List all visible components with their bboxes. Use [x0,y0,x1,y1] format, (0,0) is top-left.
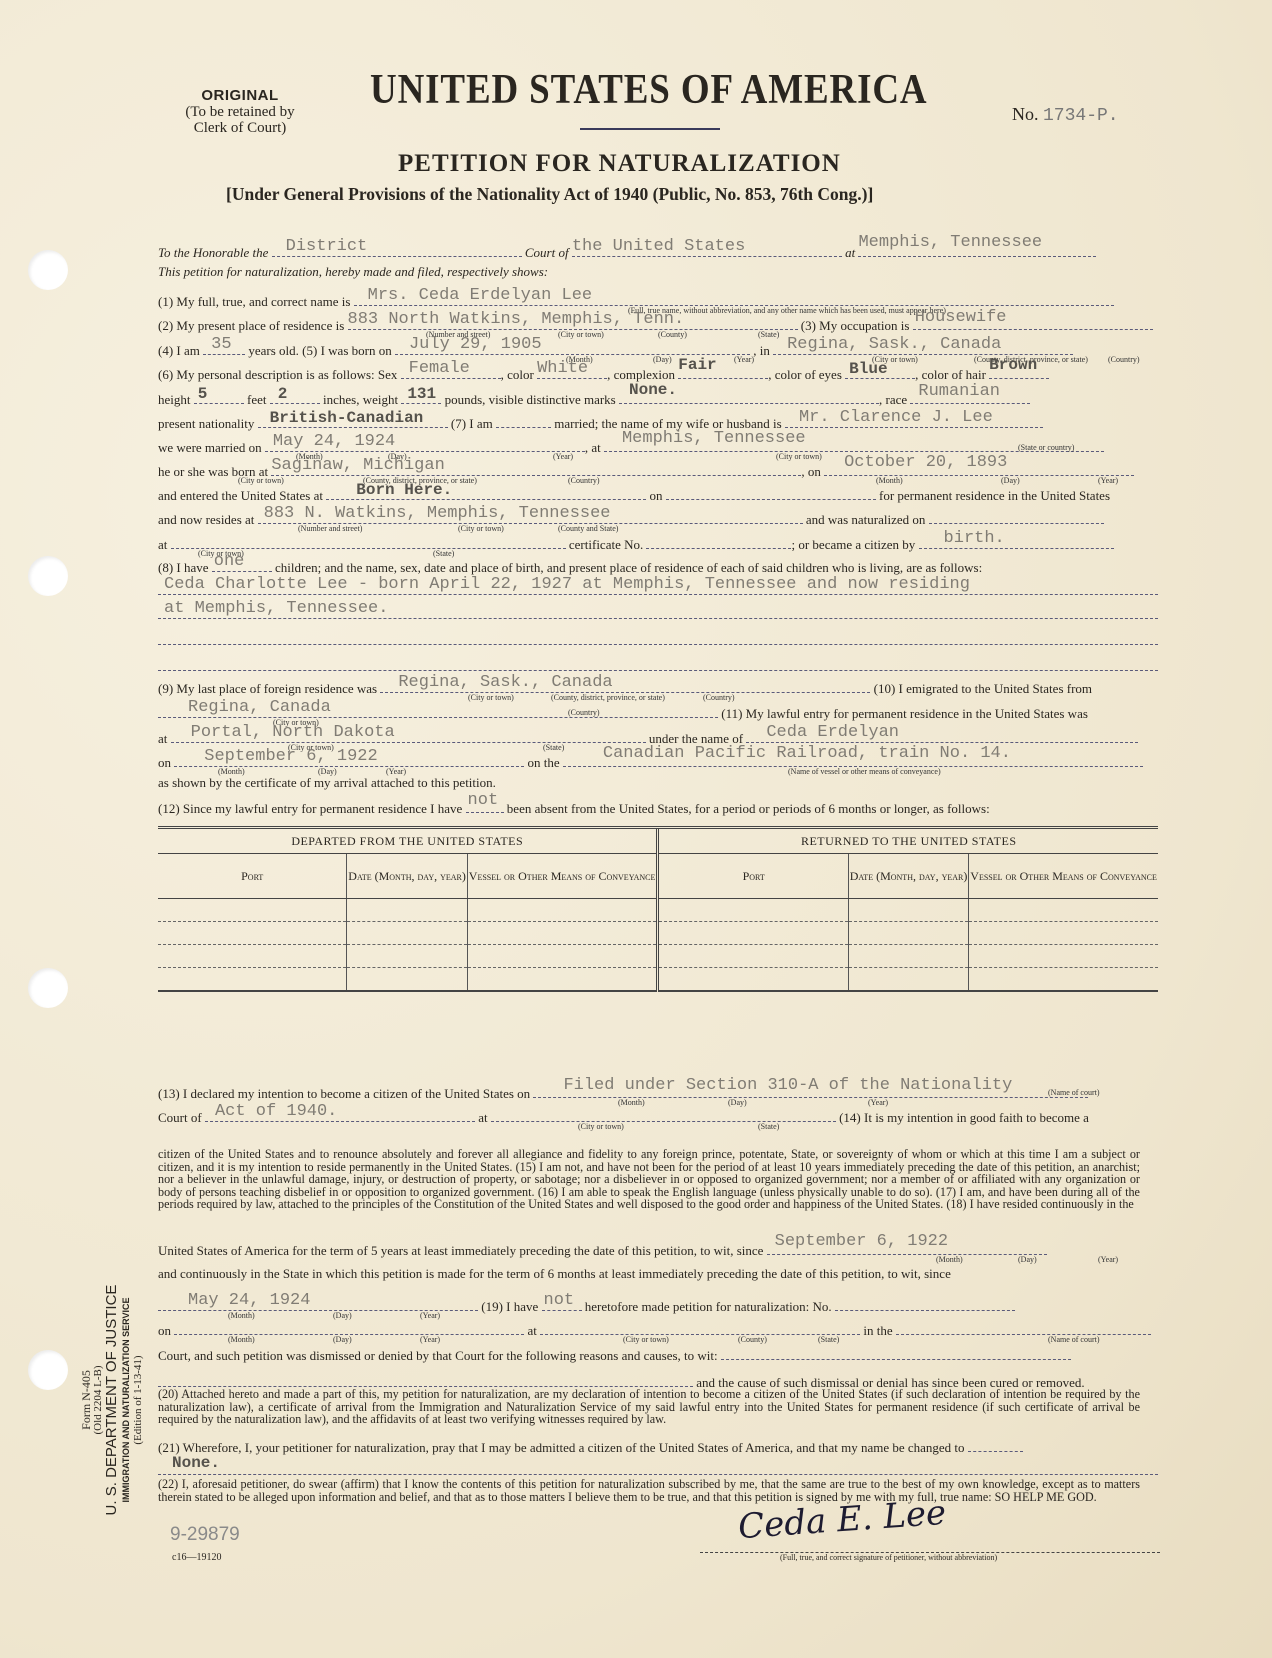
q9-line: (9) My last place of foreign residence w… [158,678,1158,697]
value: None. [172,1454,220,1472]
label: , color of eyes [768,367,842,382]
label: and now resides at [158,512,254,527]
entry-port-field[interactable]: Portal, North Dakota [171,728,646,743]
spouse-entry-line: and entered the United States at Born He… [158,485,1158,504]
column-header: Date (Month, day, year) [347,854,467,899]
marks-field[interactable]: None. [619,389,879,404]
court-name-field[interactable]: the United States [572,242,842,257]
table-cell[interactable] [158,922,347,945]
table-cell[interactable] [158,899,347,922]
caption: (Day) [1001,476,1020,485]
form-subtitle: [Under General Provisions of the Nationa… [226,184,873,205]
q12-line: (12) Since my lawful entry for permanent… [158,798,1158,817]
declaration-date-field[interactable]: Filed under Section 310-A of the Nationa… [533,1083,1088,1098]
column-header: Port [158,854,347,899]
q8-line: (8) I have one children; and the name, s… [158,557,1158,576]
caption: (State) [758,330,779,339]
label: on the [528,755,560,770]
caption: (County) [738,1335,767,1344]
table-cell[interactable] [658,945,848,968]
caption: (Country) [568,476,600,485]
caption: (State) [758,1122,779,1131]
departed-header: DEPARTED FROM THE UNITED STATES [158,828,658,854]
form-title: PETITION FOR NATURALIZATION [398,150,841,178]
label: pounds, visible distinctive marks [445,392,616,407]
value: May 24, 1924 [188,1291,310,1310]
doc-no-label: No. [1012,104,1039,124]
original-label: ORIGINAL [201,87,278,104]
label: (6) My personal description is as follow… [158,367,397,382]
punch-hole [28,1350,68,1390]
caption: (Day) [333,1311,352,1320]
weight-field[interactable]: 131 [401,389,441,404]
stamp-number: 9-29879 [170,1524,240,1546]
table-cell[interactable] [848,922,968,945]
value: District [286,237,368,256]
caption: (Name of court) [1048,1335,1100,1344]
value: Blue [849,360,887,378]
table-cell[interactable] [467,922,658,945]
table-cell[interactable] [658,968,848,992]
caption: (Day) [333,1335,352,1344]
caption: (Month) [618,1098,645,1107]
court-of-line: Court of Act of 1940. at (14) It is my i… [158,1107,1158,1126]
label: , in [753,343,770,358]
value: July 29, 1905 [409,335,542,354]
spouse-birth-date-field[interactable]: October 20, 1893 [824,461,1134,476]
document-number: No. 1734-P. [1012,104,1119,126]
caption: (State) [543,743,564,752]
column-header: Date (Month, day, year) [848,854,968,899]
value: Female [409,359,470,378]
caption: (City or town) [238,476,284,485]
value: at Memphis, Tennessee. [164,599,388,618]
label: (10) I emigrated to the United States fr… [874,681,1092,696]
race-field[interactable]: Rumanian [910,389,1030,404]
marriage-line: we were married on May 24, 1924, at Memp… [158,437,1158,456]
label: years old. [248,343,299,358]
prior-petition-place-field[interactable] [540,1320,860,1335]
q10-q11-line: Regina, Canada (11) My lawful entry for … [158,703,1158,722]
caption: (Year) [1098,1255,1118,1264]
children-line-3[interactable] [158,630,1158,645]
spouse-name-field[interactable]: Mr. Clarence J. Lee [785,413,1043,428]
children-count-field[interactable]: one [212,557,272,572]
value: Filed under Section 310-A of the Nationa… [563,1076,1012,1095]
certificate-line: at certificate No. ; or became a citizen… [158,534,1158,553]
value: 883 North Watkins, Memphis, Tenn. [348,310,685,329]
table-cell[interactable] [848,968,968,992]
children-row: Ceda Charlotte Lee - born April 22, 1927… [158,580,1158,599]
table-row [158,899,1158,922]
caption: (City or town) [623,1335,669,1344]
table-cell[interactable] [658,922,848,945]
height-feet-field[interactable]: 5 [194,389,244,404]
label: (8) I have [158,560,209,575]
caption: (County and State) [558,524,618,533]
table-cell[interactable] [848,945,968,968]
petition-intro: This petition for naturalization, hereby… [158,264,1158,280]
department: U. S. DEPARTMENT OF JUSTICE [104,1240,120,1560]
q21-line: (21) Wherefore, I, your petitioner for n… [158,1437,1158,1456]
value: the United States [572,237,745,256]
column-header: Port [658,854,848,899]
label: (12) Since my lawful entry for permanent… [158,801,462,816]
value: Housewife [915,308,1007,327]
caption: (County, district, province, or state) [551,693,665,702]
value: October 20, 1893 [844,453,1007,472]
caption: (Year) [734,355,754,364]
residence-since-field[interactable]: September 6, 1922 [767,1240,1047,1255]
dismissed-line: Court, and such petition was dismissed o… [158,1345,1158,1364]
caption: (Number and street) [298,524,362,533]
label: at [528,1323,537,1338]
caption: (City or town) [578,1122,624,1131]
caption: (Year) [420,1311,440,1320]
name-change-field[interactable]: None. [158,1460,1158,1475]
caption: (City or town) [558,330,604,339]
caption: (State or country) [1018,443,1074,452]
value: Memphis, Tennessee [622,429,806,448]
label: at [478,1110,487,1125]
label: on [158,1323,171,1338]
column-header: Vessel or Other Means of Conveyance [969,854,1158,899]
naturalization-petition-page: ORIGINAL (To be retained by Clerk of Cou… [0,0,1272,1658]
label: Court of [525,245,569,260]
foreign-residence-field[interactable]: Regina, Sask., Canada [380,678,870,693]
residence-since-line: United States of America for the term of… [158,1240,1158,1259]
table-row [158,922,1158,945]
naturalization-place-field[interactable] [171,534,566,549]
caption: (Country) [703,693,735,702]
form-identifier-vertical: Form N-405 (Old 2204 L-B) U. S. DEPARTME… [80,1240,144,1560]
children-line-4[interactable] [158,656,1158,671]
label: on [158,755,171,770]
children-row [158,630,1158,649]
value: birth. [944,529,1005,548]
spouse-residence-line: and now resides at 883 N. Watkins, Memph… [158,509,1158,528]
value: May 24, 1924 [273,432,395,451]
caption: (Country) [1108,355,1140,364]
label: , color [501,367,534,382]
sex-field[interactable]: Female [401,364,501,379]
label: , at [585,440,601,455]
label: United States of America for the term of… [158,1243,763,1258]
absent-field[interactable]: not [466,798,504,813]
complexion-field[interactable]: Fair [678,364,768,379]
table-cell[interactable] [969,968,1158,992]
table-cell[interactable] [347,968,467,992]
q20-paragraph: (20) Attached hereto and made a part of … [158,1388,1140,1426]
value: Mrs. Ceda Erdelyan Lee [368,286,592,305]
q2-line: (2) My present place of residence is 883… [158,315,1158,334]
declaration-court-field[interactable]: Act of 1940. [205,1107,475,1122]
label: at [158,731,167,746]
label: (5) I was born on [302,343,392,358]
signature-caption: (Full, true, and correct signature of pe… [780,1553,997,1562]
table-cell[interactable] [658,899,848,922]
dismissal-reason-field[interactable] [721,1345,1071,1360]
spouse-birth-line: he or she was born at Saginaw, Michigan,… [158,461,1158,480]
court-line: To the Honorable the District Court of t… [158,242,1158,261]
value: Mr. Clarence J. Lee [799,408,993,427]
label: (13) I declared my intention to become a… [158,1086,530,1101]
value: September 6, 1922 [204,747,377,766]
caption: (Month) [936,1255,963,1264]
value: White [537,359,588,378]
table-cell[interactable] [347,922,467,945]
label: (3) My occupation is [801,318,910,333]
punch-hole [28,968,68,1008]
value: not [468,791,499,810]
value: Ceda Erdelyan [766,723,899,742]
table-cell[interactable] [467,945,658,968]
label: present nationality [158,416,254,431]
value: 2 [278,385,288,403]
table-cell[interactable] [969,922,1158,945]
label: for permanent residence in the United St… [879,488,1110,503]
table-cell[interactable] [158,945,347,968]
label: Court of [158,1110,202,1125]
prior-petition-field[interactable]: not [542,1296,582,1311]
value: Canadian Pacific Railroad, train No. 14. [603,744,1011,763]
value: British-Canadian [270,409,424,427]
label: , on [801,464,821,479]
full-name-field[interactable]: Mrs. Ceda Erdelyan Lee [354,291,1114,306]
name-change-field-a[interactable] [968,1437,1023,1452]
hair-color-field[interactable]: Brown [989,364,1049,379]
label: (4) I am [158,343,200,358]
children-line-1[interactable]: Ceda Charlotte Lee - born April 22, 1927… [158,580,1158,595]
caption: (City or town) [458,524,504,533]
edition: (Edition of 1-13-41) [132,1240,144,1560]
spouse-entry-field[interactable]: Born Here. [326,485,646,500]
marriage-date-field[interactable]: May 24, 1924 [265,437,585,452]
dismissal-reason-field-2[interactable] [158,1372,693,1387]
caption: (State) [818,1335,839,1344]
q22-paragraph: (22) I, aforesaid petitioner, do swear (… [158,1478,1140,1503]
label: (14) It is my intention in good faith to… [839,1110,1089,1125]
value: Regina, Sask., Canada [398,673,612,692]
label: (1) My full, true, and correct name is [158,294,350,309]
form-number: Form N-405 [80,1240,92,1560]
caption: (Day) [1018,1255,1037,1264]
label: , race [879,392,907,407]
returned-header: RETURNED TO THE UNITED STATES [658,828,1158,854]
value: Regina, Canada [188,698,331,717]
color-field[interactable]: White [537,364,607,379]
table-cell[interactable] [158,968,347,992]
state-residence-since-field[interactable]: May 24, 1924 [158,1296,478,1311]
caption: (Month) [228,1311,255,1320]
children-line-2[interactable]: at Memphis, Tennessee. [158,604,1158,619]
entry-date-line: on September 6, 1922 on the Canadian Pac… [158,752,1158,771]
occupation-field[interactable]: Housewife [913,315,1153,330]
age-field[interactable]: 35 [203,340,245,355]
value: 5 [198,385,208,403]
label: and entered the United States at [158,488,323,503]
value: Act of 1940. [215,1102,337,1121]
citizen-by-field[interactable]: birth. [919,534,1114,549]
value: Memphis, Tennessee [858,233,1042,252]
emigrated-from-field[interactable]: Regina, Canada [158,703,718,718]
label: on [649,488,662,503]
value: 883 N. Watkins, Memphis, Tennessee [264,504,611,523]
label: (7) I am [451,416,493,431]
caption: (County) [658,330,687,339]
original-note: Clerk of Court) [194,120,286,136]
children-row: at Memphis, Tennessee. [158,604,1158,623]
label: height [158,392,191,407]
caption: (Country) [568,708,600,717]
birth-date-field[interactable]: July 29, 1905 [395,340,750,355]
prior-petition-date-field[interactable] [174,1320,524,1335]
title-divider [580,128,720,130]
caption: (Name of court) [1048,1088,1100,1097]
absence-table: DEPARTED FROM THE UNITED STATES RETURNED… [158,826,1158,992]
value: Portal, North Dakota [191,723,395,742]
table-cell[interactable] [848,899,968,922]
value: 131 [407,385,436,403]
state-residence-label: and continuously in the State in which t… [158,1266,1158,1282]
label: at [158,537,167,552]
q19-line: May 24, 1924 (19) I have not heretofore … [158,1296,1158,1315]
table-cell[interactable] [347,899,467,922]
spouse-entry-date-field[interactable] [666,485,876,500]
height-weight-line: height 5 feet 2 inches, weight 131 pound… [158,389,1158,408]
label: feet [247,392,266,407]
spouse-residence-field[interactable]: 883 N. Watkins, Memphis, Tennessee [258,509,803,524]
label: (19) I have [481,1299,538,1314]
oath-paragraph: citizen of the United States and to reno… [158,1148,1140,1211]
label: Court, and such petition was dismissed o… [158,1348,718,1363]
q13-line: (13) I declared my intention to become a… [158,1083,1158,1102]
caption: (City or town) [468,693,514,702]
label: (2) My present place of residence is [158,318,344,333]
table-row [158,945,1158,968]
residence-field[interactable]: 883 North Watkins, Memphis, Tenn. [348,315,798,330]
value: Ceda Charlotte Lee - born April 22, 1927… [164,575,970,594]
value: Regina, Sask., Canada [787,335,1001,354]
label: (11) My lawful entry for permanent resid… [721,706,1088,721]
label: (21) Wherefore, I, your petitioner for n… [158,1440,965,1455]
label: inches, weight [323,392,398,407]
entry-name-field[interactable]: Ceda Erdelyan [746,728,1138,743]
spouse-birth-place-field[interactable]: Saginaw, Michigan [271,461,801,476]
court-type-field[interactable]: District [272,242,522,257]
table-cell[interactable] [969,945,1158,968]
value: None. [629,381,677,399]
table-cell[interactable] [347,945,467,968]
value: not [544,1291,575,1310]
caption: (Year) [868,1098,888,1107]
punch-hole [28,556,68,596]
label: heretofore made petition for naturalizat… [585,1299,832,1314]
original-note: (To be retained by [185,104,294,120]
naturalized-date-field[interactable] [929,509,1104,524]
prior-petition-line: on at in the (Month) (Day) (Year) (City … [158,1320,1158,1339]
caption: (Month) [228,1335,255,1344]
caption: (Day) [728,1098,747,1107]
caption: (Month) [876,476,903,485]
caption: (Year) [1098,476,1118,485]
print-code: c16—19120 [172,1552,221,1563]
value: September 6, 1922 [775,1232,948,1251]
label: and was naturalized on [806,512,925,527]
prior-petition-number-field[interactable] [835,1296,1015,1311]
court-location-field[interactable]: Memphis, Tennessee [858,242,1096,257]
height-inches-field[interactable]: 2 [270,389,320,404]
married-status-field[interactable] [496,413,551,428]
value: 35 [211,335,231,354]
label: (9) My last place of foreign residence w… [158,681,377,696]
label: at [845,245,855,260]
punch-hole [28,250,68,290]
label: we were married on [158,440,262,455]
value: one [214,552,245,571]
table-cell[interactable] [467,899,658,922]
label: children; and the name, sex, date and pl… [275,560,982,575]
value: Fair [678,356,716,374]
table-row [158,968,1158,992]
nationality-field[interactable]: British-Canadian [258,413,448,428]
label: in the [863,1323,892,1338]
column-header: Vessel or Other Means of Conveyance [467,854,658,899]
entry-date-field[interactable]: September 6, 1922 [174,752,524,767]
entry-conveyance-field[interactable]: Canadian Pacific Railroad, train No. 14. [563,752,1143,767]
q1-line: (1) My full, true, and correct name is M… [158,291,1158,310]
birth-place-field[interactable]: Regina, Sask., Canada [773,340,1073,355]
service: IMMIGRATION AND NATURALIZATION SERVICE [120,1240,132,1560]
value: Brown [989,356,1037,374]
doc-no-value: 1734-P. [1043,106,1119,126]
label: , color of hair [915,367,986,382]
original-notice: ORIGINAL (To be retained by Clerk of Cou… [160,88,320,136]
eye-color-field[interactable]: Blue [845,364,915,379]
arrival-note: as shown by the certificate of my arriva… [158,775,1158,791]
table-cell[interactable] [969,899,1158,922]
label: certificate No. [569,537,643,552]
prior-court-field[interactable] [896,1320,1151,1335]
caption: (Year) [553,452,573,461]
caption: (Year) [420,1335,440,1344]
label: To the Honorable the [158,245,268,260]
children-row [158,656,1158,675]
value: Saginaw, Michigan [271,456,444,475]
label: been absent from the United States, for … [507,801,990,816]
caption: (City or town) [776,452,822,461]
label: ; or became a citizen by [791,537,915,552]
declaration-place-field[interactable] [491,1107,836,1122]
value: Born Here. [356,481,452,499]
label: , complexion [607,367,675,382]
value: Rumanian [918,382,1000,401]
page-title: UNITED STATES OF AMERICA [370,66,927,114]
certificate-number-field[interactable] [646,534,791,549]
table-cell[interactable] [467,968,658,992]
caption: (Day) [653,355,672,364]
